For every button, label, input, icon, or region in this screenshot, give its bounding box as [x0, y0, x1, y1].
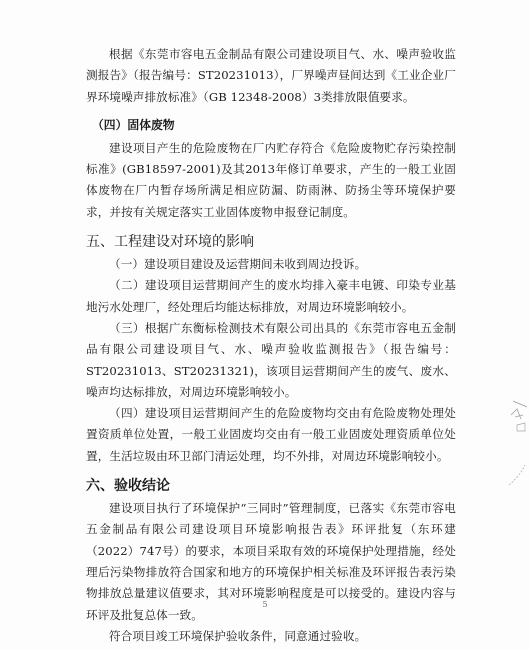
page-content: 根据《东莞市容电五金制品有限公司建设项目气、水、噪声验收监测报告》（报告编号：S…: [86, 44, 456, 647]
subsection-heading-solid-waste: （四）固体废物: [86, 115, 456, 136]
section-heading-acceptance-conclusion: 六、验收结论: [86, 475, 456, 497]
impact-item-3: （三）根据广东衡标检测技术有限公司出具的《东莞市容电五金制品有限公司建设项目气、…: [86, 318, 456, 403]
document-page: 根据《东莞市容电五金制品有限公司建设项目气、水、噪声验收监测报告》（报告编号：S…: [0, 0, 530, 650]
conclusion-paragraph-2: 符合项目竣工环境保护验收条件，同意通过验收。: [86, 626, 456, 647]
page-number: 5: [0, 600, 530, 609]
paragraph-noise-compliance: 根据《东莞市容电五金制品有限公司建设项目气、水、噪声验收监测报告》（报告编号：S…: [86, 44, 456, 108]
paragraph-solid-waste: 建设项目产生的危险废物在厂内贮存符合《危险废物贮存污染控制标准》(GB18597…: [86, 138, 456, 223]
impact-item-4: （四）建设项目运营期间产生的危险废物均交由有危险废物处理处置资质单位处置，一般工…: [86, 403, 456, 467]
impact-item-2: （二）建设项目运营期间产生的废水均排入豪丰电镀、印染专业基地污水处理厂，经处理后…: [86, 275, 456, 318]
impact-item-1: （一）建设项目建设及运营期间未收到周边投诉。: [86, 254, 456, 275]
section-heading-environmental-impact: 五、工程建设对环境的影响: [86, 231, 456, 253]
seal-stamp-fragment-icon: [505, 395, 530, 495]
